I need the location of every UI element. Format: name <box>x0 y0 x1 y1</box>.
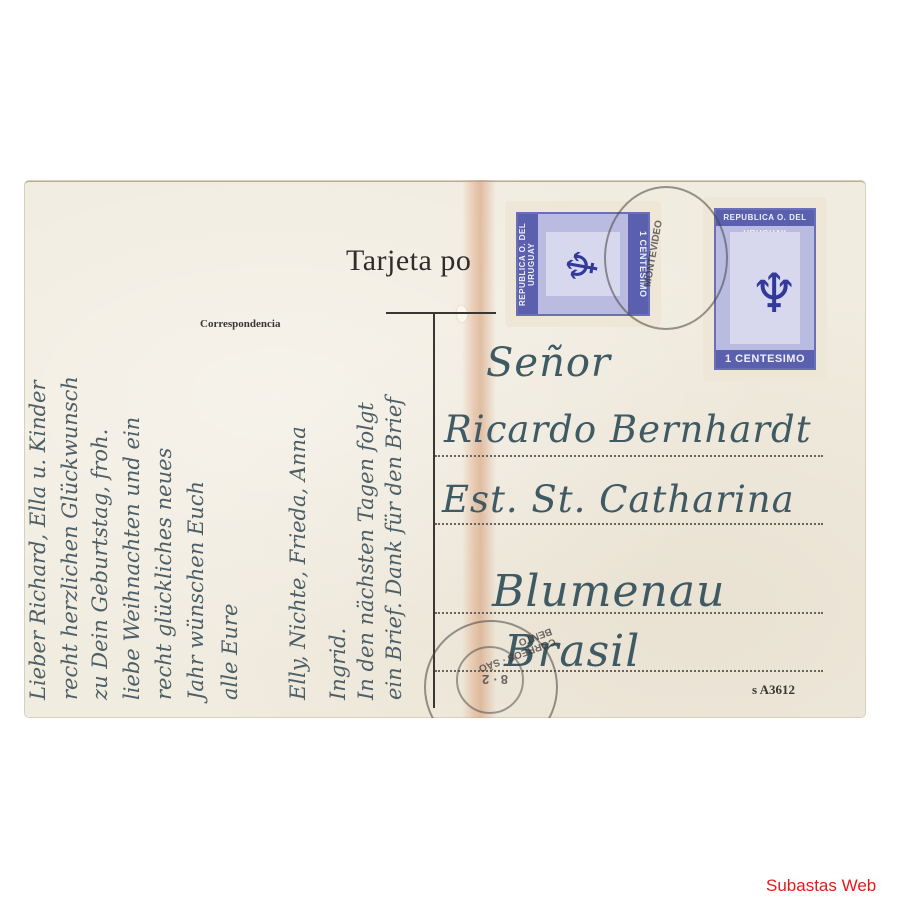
serial-number: s A3612 <box>752 682 795 698</box>
mercury-figure-icon: ♆ <box>750 262 798 325</box>
address-salutation: Señor <box>486 340 611 386</box>
postmark-date: 8 · 2 <box>482 672 508 687</box>
postmark-montevideo: MONTEVIDEO <box>604 186 728 330</box>
postcard: Tarjeta po Correspondencia Señor Ricardo… <box>24 180 866 718</box>
address-city: Blumenau <box>492 566 725 617</box>
message-line: alle Eure <box>216 604 244 700</box>
postcard-title: Tarjeta po <box>346 244 471 278</box>
postage-stamp: REPUBLICA O. DEL URUGUAY 1 CENTESIMO ♆ <box>706 200 824 378</box>
postmark-text: MONTEVIDEO <box>642 219 665 287</box>
tear-mark <box>457 306 467 322</box>
divider-horizontal <box>386 312 496 314</box>
message-line: Ingrid. <box>324 628 352 700</box>
correspondence-label: Correspondencia <box>200 318 280 330</box>
stamp-country: REPUBLICA O. DEL URUGUAY <box>518 214 538 314</box>
address-line <box>435 523 823 525</box>
stamp-value: 1 CENTESIMO <box>716 350 814 368</box>
message-line: ein Brief. Dank für den Brief <box>380 397 408 700</box>
message-line: Elly, Nichte, Frieda, Anna <box>284 426 312 700</box>
stamp-country: REPUBLICA O. DEL URUGUAY <box>716 210 814 226</box>
message-line: In den nächsten Tagen folgt <box>352 402 380 700</box>
stamp-frame: REPUBLICA O. DEL URUGUAY 1 CENTESIMO ♆ <box>714 208 816 370</box>
message-line: recht glückliches neues <box>150 448 178 700</box>
address-line <box>435 455 823 457</box>
watermark: Subastas Web <box>766 876 876 896</box>
message-line: Lieber Richard, Ella u. Kinder <box>24 380 52 700</box>
address-street: Est. St. Catharina <box>442 478 795 521</box>
message-line: zu Dein Geburtstag, froh. <box>86 429 114 700</box>
message-line: liebe Weihnachten und ein <box>118 417 146 700</box>
postmark-arrival: CORREOS · SÃO BENTO 8 · 2 <box>424 620 558 718</box>
message-line: recht herzlichen Glückwunsch <box>56 376 84 700</box>
mercury-figure-icon: ♆ <box>555 244 610 290</box>
stamp-illustration: ♆ <box>730 232 800 344</box>
message-line: Jahr wünschen Euch <box>182 481 210 700</box>
address-name: Ricardo Bernhardt <box>444 408 812 451</box>
